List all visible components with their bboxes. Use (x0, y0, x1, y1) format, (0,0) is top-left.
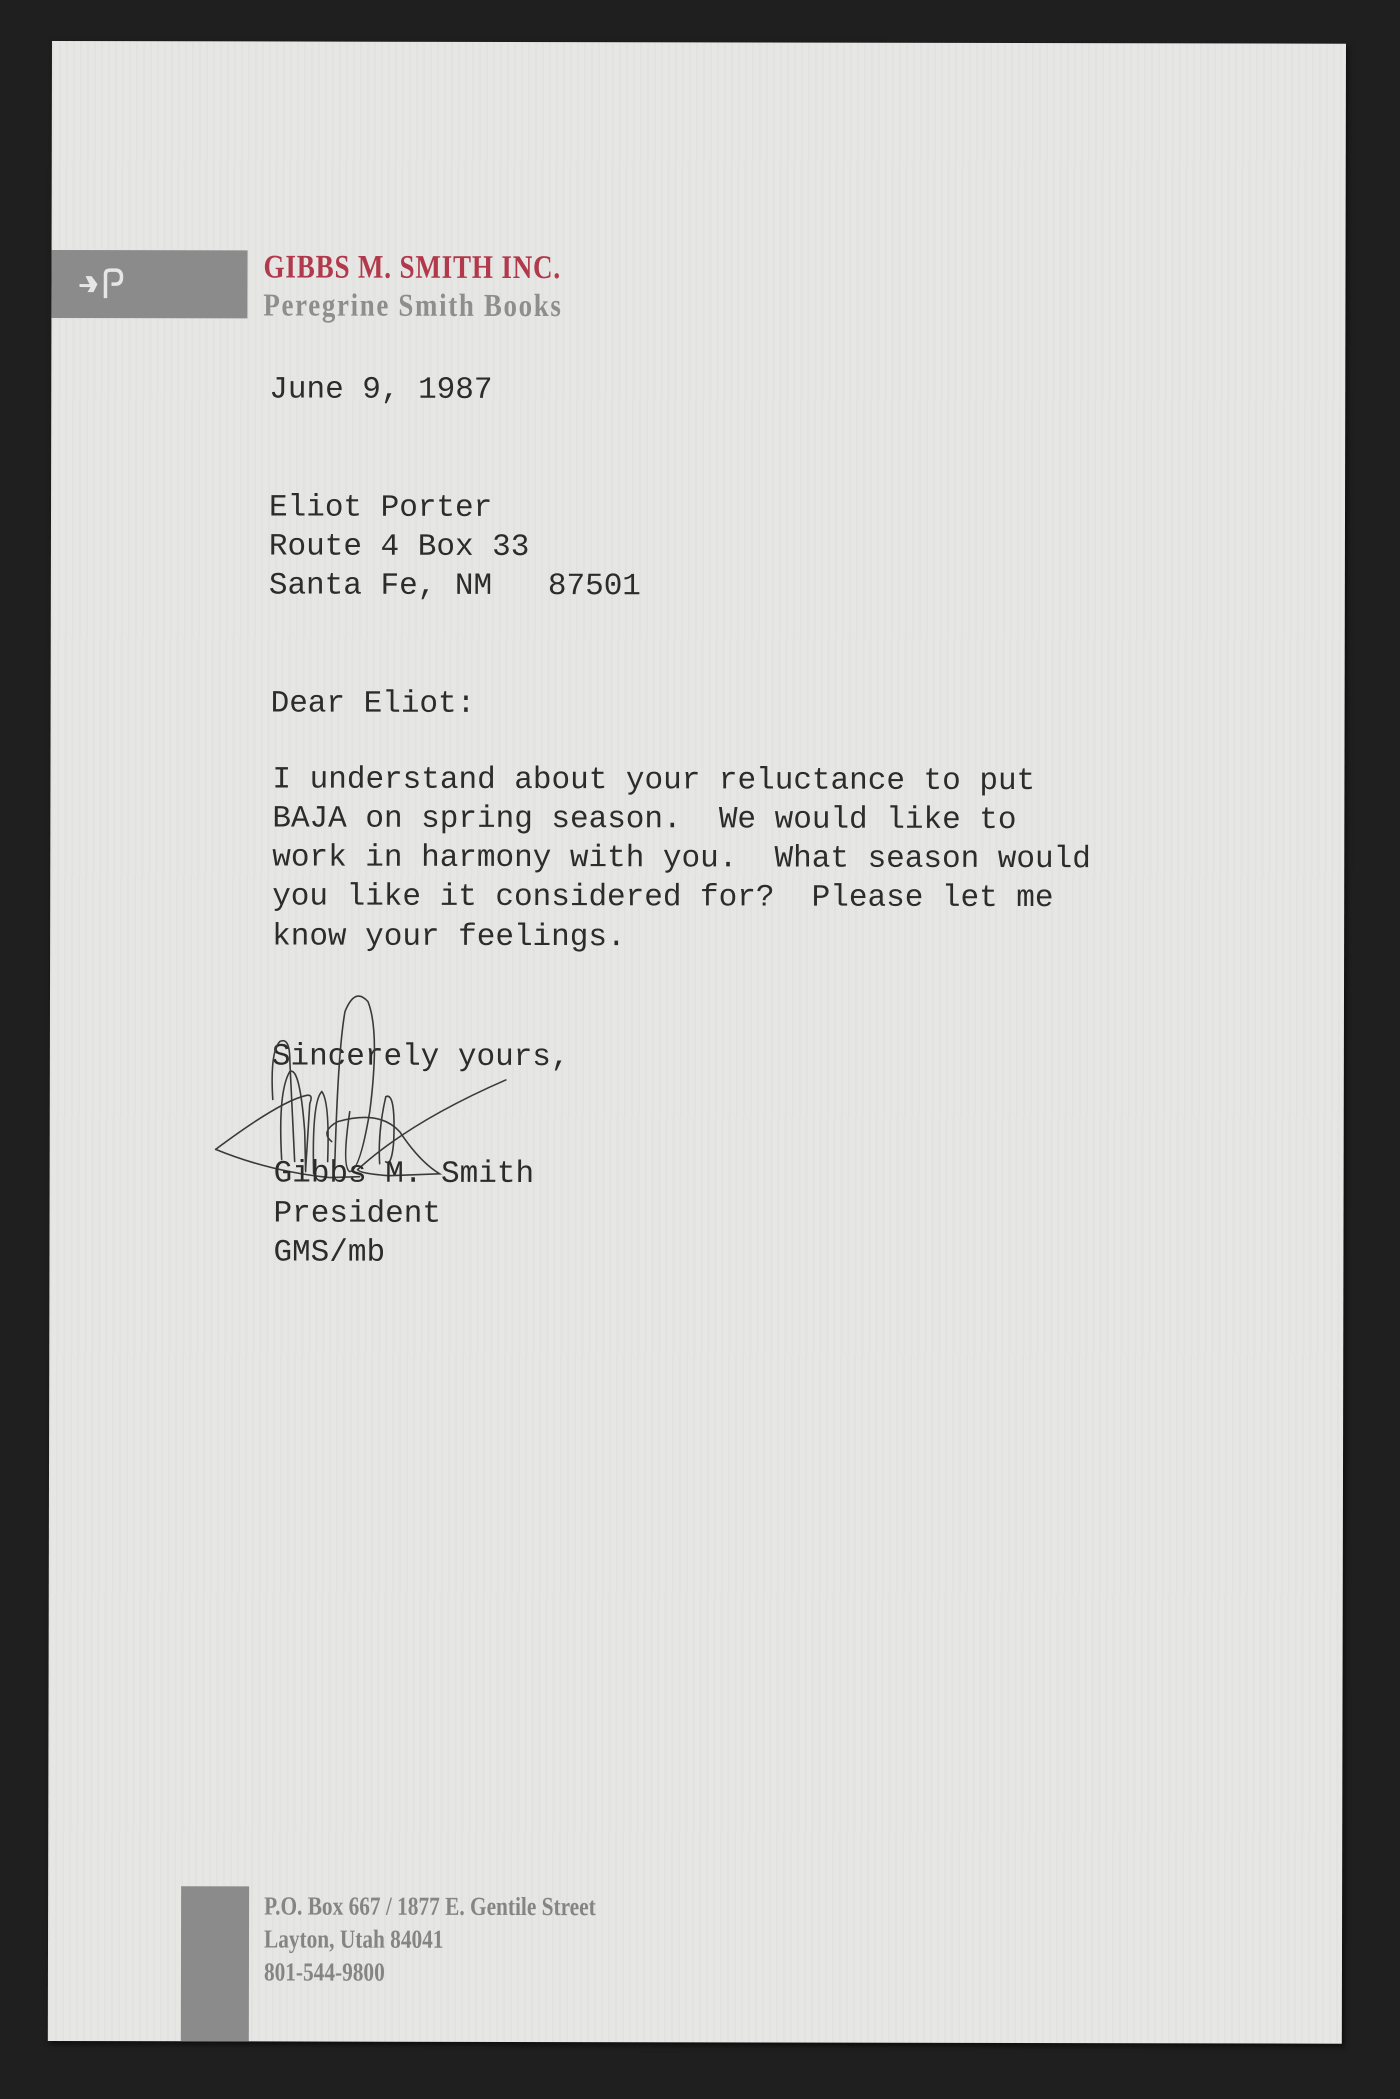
body-line: you like it considered for? Please let m… (272, 877, 1053, 918)
signer-title: President (274, 1194, 442, 1233)
signer-name: Gibbs M. Smith (274, 1154, 535, 1194)
recipient-city: Santa Fe, NM 87501 (269, 566, 641, 606)
footer-bar (181, 1886, 249, 2041)
body-line: know your feelings. (272, 917, 626, 957)
salutation: Dear Eliot: (271, 684, 476, 723)
footer-address-line2: Layton, Utah 84041 (264, 1922, 596, 1956)
letter-page: GIBBS M. SMITH INC. Peregrine Smith Book… (48, 41, 1346, 2044)
typist-initials: GMS/mb (273, 1233, 385, 1272)
imprint-name: Peregrine Smith Books (263, 286, 562, 324)
body-line: work in harmony with you. What season wo… (272, 838, 1091, 879)
recipient-name: Eliot Porter (269, 488, 492, 527)
footer-phone: 801-544-9800 (264, 1955, 596, 1989)
body-line: I understand about your reluctance to pu… (272, 760, 1035, 801)
letter-date: June 9, 1987 (269, 370, 492, 409)
recipient-street: Route 4 Box 33 (269, 527, 530, 567)
body-line: BAJA on spring season. We would like to (272, 799, 1016, 840)
peregrine-logo-icon (77, 264, 137, 314)
company-name: GIBBS M. SMITH INC. (263, 249, 561, 287)
footer-address: P.O. Box 667 / 1877 E. Gentile Street La… (264, 1889, 596, 1989)
logo-bar (51, 250, 247, 318)
footer-address-line1: P.O. Box 667 / 1877 E. Gentile Street (264, 1889, 596, 1923)
